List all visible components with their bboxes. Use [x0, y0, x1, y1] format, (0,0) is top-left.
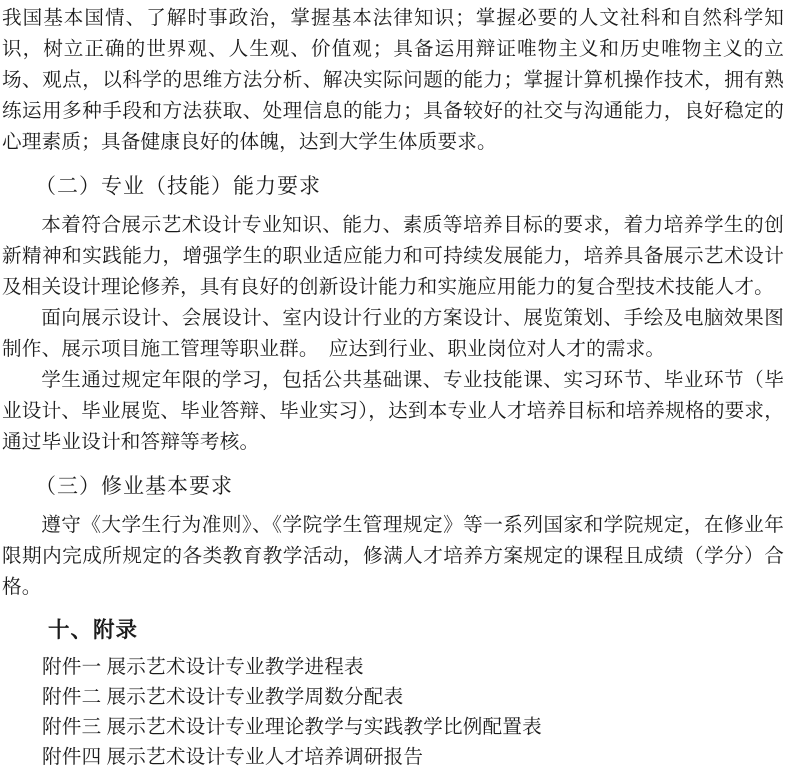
section-heading-skill-requirements: （二）专业（技能）能力要求 — [2, 172, 784, 201]
paragraph-study-1: 遵守《大学生行为准则》、《学院学生管理规定》等一系列国家和学院规定，在修业年限期… — [2, 510, 784, 603]
paragraph-skill-2: 面向展示设计、会展设计、室内设计行业的方案设计、展览策划、手绘及电脑效果图制作、… — [2, 303, 784, 365]
paragraph-skill-3: 学生通过规定年限的学习，包括公共基础课、专业技能课、实习环节、毕业环节（毕业设计… — [2, 365, 784, 458]
paragraph-intro-continuation: 我国基本国情、了解时事政治，掌握基本法律知识；掌握必要的人文社科和自然科学知识，… — [2, 3, 784, 158]
document-page: 我国基本国情、了解时事政治，掌握基本法律知识；掌握必要的人文社科和自然科学知识，… — [0, 0, 788, 769]
appendix-item-3: 附件三 展示艺术设计专业理论教学与实践教学比例配置表 — [2, 713, 784, 743]
section-heading-study-requirements: （三）修业基本要求 — [2, 472, 784, 501]
appendix-list: 附件一 展示艺术设计专业教学进程表 附件二 展示艺术设计专业教学周数分配表 附件… — [2, 653, 784, 769]
appendix-item-1: 附件一 展示艺术设计专业教学进程表 — [2, 653, 784, 683]
appendix-item-4: 附件四 展示艺术设计专业人才培养调研报告 — [2, 743, 784, 769]
appendix-heading: 十、附录 — [2, 616, 784, 645]
appendix-item-2: 附件二 展示艺术设计专业教学周数分配表 — [2, 683, 784, 713]
paragraph-skill-1: 本着符合展示艺术设计专业知识、能力、素质等培养目标的要求，着力培养学生的创新精神… — [2, 210, 784, 303]
